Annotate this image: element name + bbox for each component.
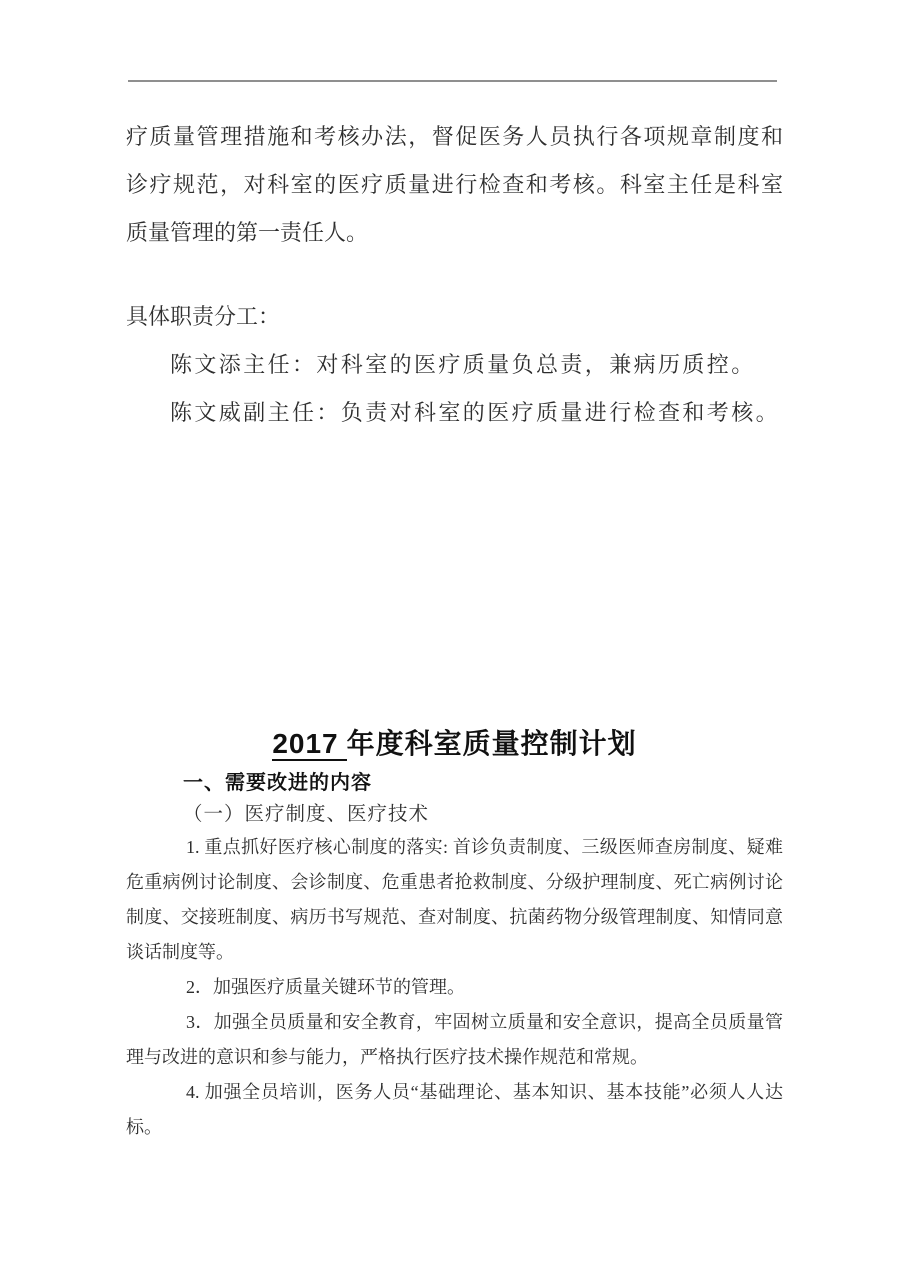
text-line: 4. 加强全员培训，医务人员“基础理论、基本知识、基本技能”必须人人达 <box>126 1075 783 1110</box>
text-line: 1. 重点抓好医疗核心制度的落实: 首诊负责制度、三级医师查房制度、疑难 <box>126 830 783 865</box>
duties-section: 具体职责分工： 陈文添主任：对科室的医疗质量负总责，兼病历质控。陈文威副主任：负… <box>126 293 783 437</box>
plan-title: 2017年度科室质量控制计划 <box>126 724 783 764</box>
duties-list: 陈文添主任：对科室的医疗质量负总责，兼病历质控。陈文威副主任：负责对科室的医疗质… <box>126 341 783 437</box>
document-page: 疗质量管理措施和考核办法，督促医务人员执行各项规章制度和诊疗规范，对科室的医疗质… <box>0 0 905 1280</box>
text-line: 理与改进的意识和参与能力，严格执行医疗技术操作规范和常规。 <box>126 1040 783 1075</box>
text-line: 危重病例讨论制度、会诊制度、危重患者抢救制度、分级护理制度、死亡病例讨论 <box>126 865 783 900</box>
text-line: 疗质量管理措施和考核办法，督促医务人员执行各项规章制度和 <box>126 113 783 161</box>
plan-item-3: 3．加强全员质量和安全教育，牢固树立质量和安全意识，提高全员质量管理与改进的意识… <box>126 1005 783 1075</box>
duties-heading: 具体职责分工： <box>126 293 783 341</box>
carryover-paragraph: 疗质量管理措施和考核办法，督促医务人员执行各项规章制度和诊疗规范，对科室的医疗质… <box>126 113 783 257</box>
text-line: 标。 <box>126 1110 783 1145</box>
plan-items: 1. 重点抓好医疗核心制度的落实: 首诊负责制度、三级医师查房制度、疑难危重病例… <box>126 830 783 1145</box>
text-line: 陈文威副主任：负责对科室的医疗质量进行检查和考核。 <box>126 389 783 437</box>
text-line: 3．加强全员质量和安全教育，牢固树立质量和安全意识，提高全员质量管 <box>126 1005 783 1040</box>
plan-title-text: 年度科室质量控制计划 <box>347 728 637 759</box>
plan-item-2: 2．加强医疗质量关键环节的管理。 <box>126 970 783 1005</box>
text-line: 制度、交接班制度、病历书写规范、查对制度、抗菌药物分级管理制度、知情同意 <box>126 900 783 935</box>
text-line: 质量管理的第一责任人。 <box>126 209 783 257</box>
text-line: 2．加强医疗质量关键环节的管理。 <box>126 970 783 1005</box>
plan-item-4: 4. 加强全员培训，医务人员“基础理论、基本知识、基本技能”必须人人达标。 <box>126 1075 783 1145</box>
plan-section: 2017年度科室质量控制计划 一、需要改进的内容 （一）医疗制度、医疗技术 1.… <box>126 724 783 1145</box>
top-divider-line <box>128 80 777 82</box>
text-line: 诊疗规范，对科室的医疗质量进行检查和考核。科室主任是科室 <box>126 161 783 209</box>
subsection-heading: （一）医疗制度、医疗技术 <box>126 800 783 830</box>
plan-title-year: 2017 <box>272 728 346 761</box>
text-line: 谈话制度等。 <box>126 935 783 970</box>
plan-item-1: 1. 重点抓好医疗核心制度的落实: 首诊负责制度、三级医师查房制度、疑难危重病例… <box>126 830 783 970</box>
text-line: 陈文添主任：对科室的医疗质量负总责，兼病历质控。 <box>126 341 783 389</box>
section-heading: 一、需要改进的内容 <box>126 768 783 798</box>
